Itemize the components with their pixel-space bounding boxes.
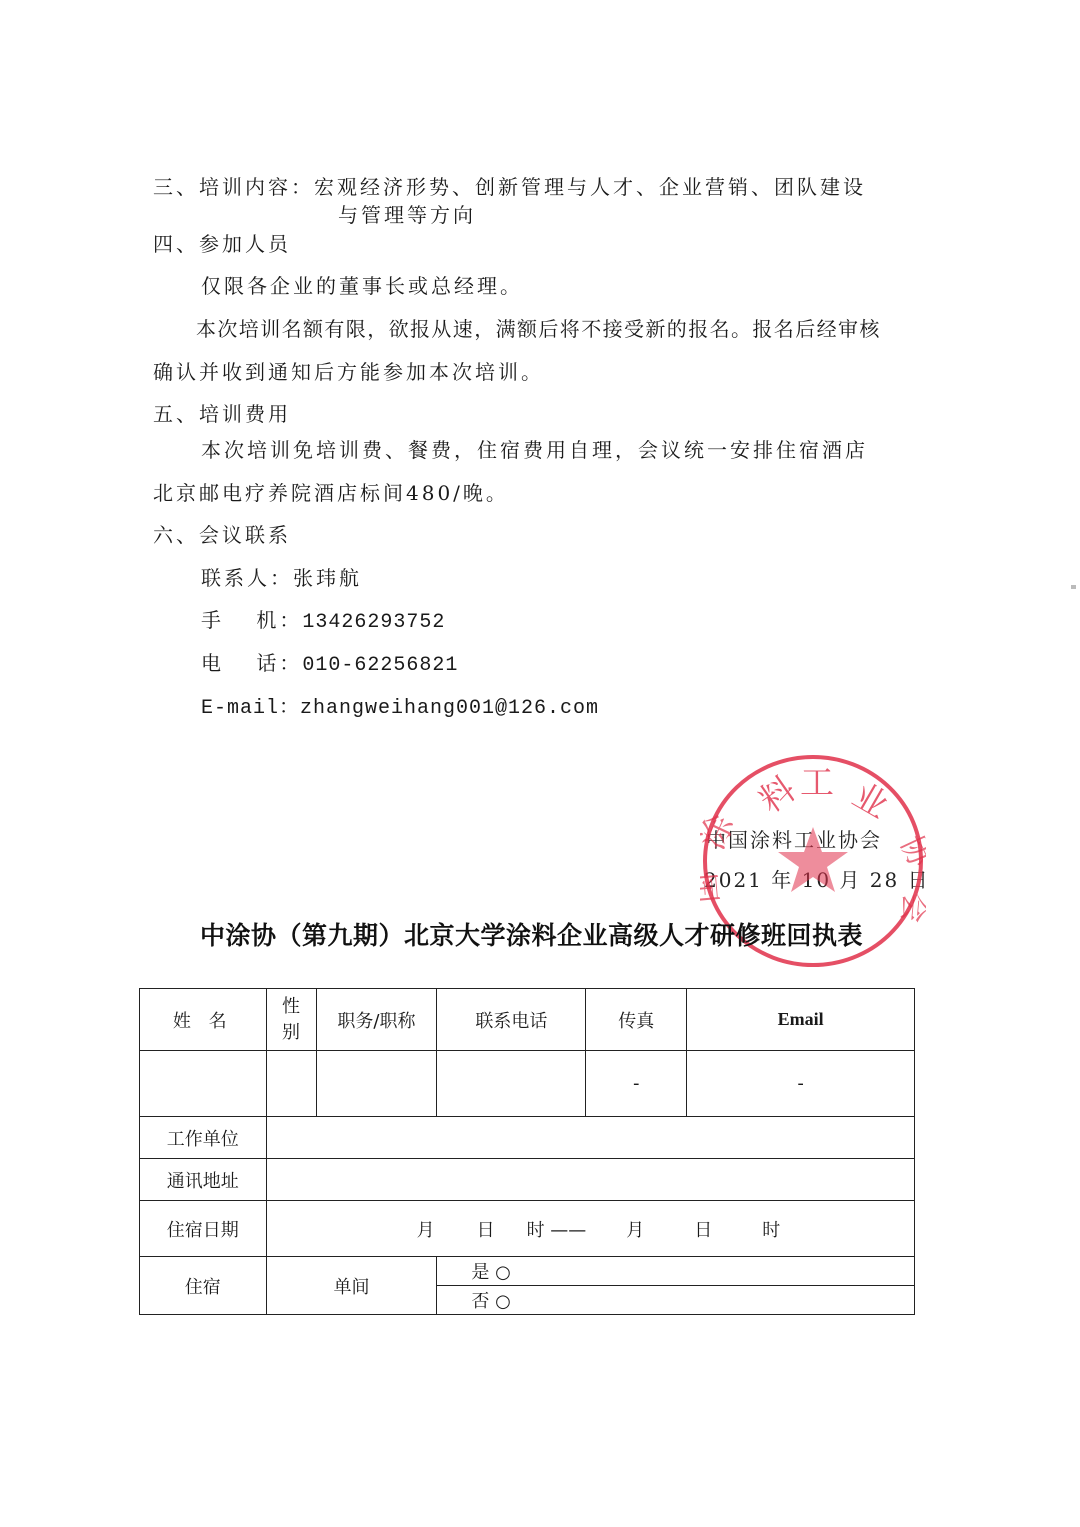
svg-text:业: 业 <box>846 775 895 827</box>
phone-label: 电 话： <box>201 651 302 675</box>
phone-number: 010-62256821 <box>302 654 458 677</box>
cell-email-input[interactable]: - <box>687 1051 915 1117</box>
svg-text:料: 料 <box>752 769 803 821</box>
header-gender: 性 别 <box>266 989 316 1051</box>
stay-start-hour: 时 —— <box>527 1220 587 1241</box>
stay-start-month: 月 <box>417 1220 435 1241</box>
header-position: 职务/职称 <box>316 989 437 1051</box>
svg-text:工: 工 <box>800 763 834 803</box>
section-5-heading: 五、培训费用 <box>153 402 291 426</box>
work-unit-label: 工作单位 <box>140 1117 267 1159</box>
header-gender-char-1: 性 <box>267 994 316 1020</box>
address-input[interactable] <box>266 1159 914 1201</box>
mobile-number: 13426293752 <box>302 611 445 634</box>
lodging-row-yes: 住宿 单间 是 ○ <box>140 1257 915 1286</box>
form-title: 中涂协（第九期）北京大学涂料企业高级人才研修班回执表 <box>200 916 863 952</box>
stay-end-day: 日 <box>694 1220 712 1241</box>
signature-date: 2021 年 10 月 28 日 <box>704 864 930 893</box>
table-header-row: 姓 名 性 别 职务/职称 联系电话 传真 Email <box>140 989 915 1051</box>
svg-text:会: 会 <box>894 891 926 924</box>
section-4-paragraph-1: 仅限各企业的董事长或总经理。 <box>201 274 523 298</box>
header-name: 姓 名 <box>140 989 267 1051</box>
stay-date-input[interactable]: 月日时 ——月日时 <box>266 1201 914 1257</box>
cell-fax-input[interactable]: - <box>586 1051 687 1117</box>
mobile-label: 手 机： <box>201 608 302 632</box>
section-5-paragraph-line-2: 北京邮电疗养院酒店标间480/晚。 <box>153 481 509 505</box>
signature-organization: 中国涂料工业协会 <box>706 824 882 853</box>
header-email: Email <box>687 989 915 1051</box>
header-phone: 联系电话 <box>437 989 586 1051</box>
cell-position-input[interactable] <box>316 1051 437 1117</box>
email-row: E-mail：zhangweihang001@126.com <box>201 694 599 721</box>
header-fax: 传真 <box>586 989 687 1051</box>
lodging-yes-option[interactable]: 是 ○ <box>437 1257 915 1286</box>
lodging-no-option[interactable]: 否 ○ <box>437 1286 915 1315</box>
stay-end-hour: 时 <box>762 1220 780 1241</box>
scan-artifact <box>1071 585 1076 589</box>
mobile-row: 手 机：13426293752 <box>201 608 445 635</box>
cell-phone-input[interactable] <box>437 1051 586 1117</box>
lodging-label: 住宿 <box>140 1257 267 1315</box>
stay-start-day: 日 <box>477 1220 495 1241</box>
phone-row: 电 话：010-62256821 <box>201 651 458 678</box>
stay-date-row: 住宿日期 月日时 ——月日时 <box>140 1201 915 1257</box>
room-type-label: 单间 <box>266 1257 437 1315</box>
cell-name-input[interactable] <box>140 1051 267 1117</box>
table-row: - - <box>140 1051 915 1117</box>
contact-person-row: 联系人：张玮航 <box>201 566 362 590</box>
header-gender-char-2: 别 <box>267 1020 316 1046</box>
address-label: 通讯地址 <box>140 1159 267 1201</box>
work-unit-input[interactable] <box>266 1117 914 1159</box>
registration-form-table: 姓 名 性 别 职务/职称 联系电话 传真 Email - - 工作单位 通讯地… <box>139 988 915 1315</box>
section-3-heading: 三、培训内容：宏观经济形势、创新管理与人才、企业营销、团队建设 <box>153 175 866 199</box>
section-4-heading: 四、参加人员 <box>153 232 291 256</box>
work-unit-row: 工作单位 <box>140 1117 915 1159</box>
address-row: 通讯地址 <box>140 1159 915 1201</box>
stay-end-month: 月 <box>626 1220 644 1241</box>
contact-person-name: 张玮航 <box>293 566 362 590</box>
contact-person-label: 联系人： <box>201 566 293 590</box>
cell-gender-input[interactable] <box>266 1051 316 1117</box>
section-6-heading: 六、会议联系 <box>153 523 291 547</box>
section-4-paragraph-2-line-1: 本次培训名额有限，欲报从速，满额后将不接受新的报名。报名后经审核 <box>196 317 881 341</box>
section-5-paragraph-line-1: 本次培训免培训费、餐费，住宿费用自理，会议统一安排住宿酒店 <box>201 438 868 462</box>
stay-date-label: 住宿日期 <box>140 1201 267 1257</box>
section-3-continuation: 与管理等方向 <box>338 203 476 227</box>
email-address[interactable]: zhangweihang001@126.com <box>300 697 599 720</box>
section-4-paragraph-2-line-2: 确认并收到通知后方能参加本次培训。 <box>153 360 544 384</box>
email-label: E-mail： <box>201 697 300 720</box>
